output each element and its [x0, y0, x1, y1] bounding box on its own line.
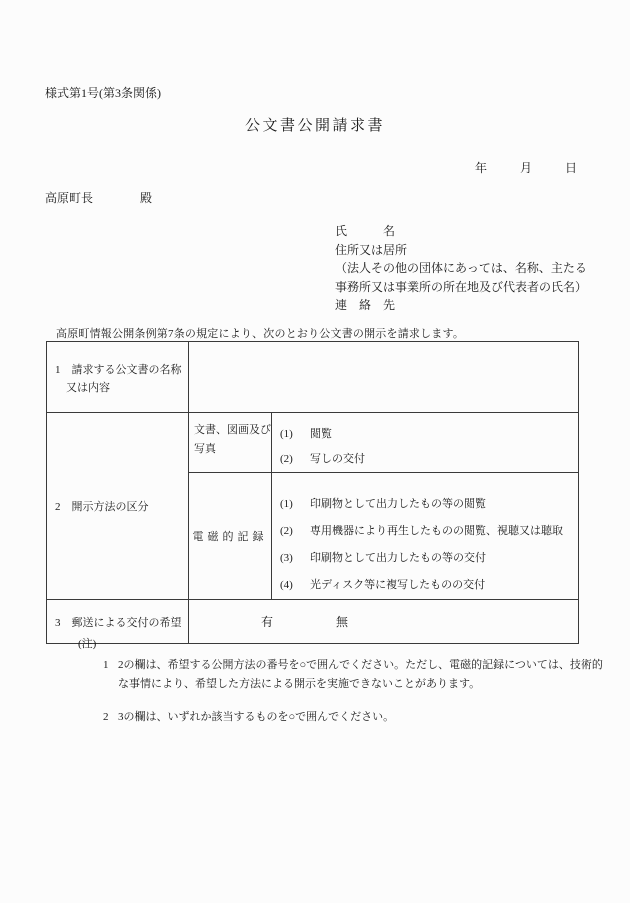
option-elec-2[interactable]: (2) 専用機器により再生したものの閲覧、視聴又は聴取	[280, 518, 578, 545]
option-docs-2[interactable]: (2) 写しの交付	[280, 447, 578, 472]
note-number: 1	[103, 656, 118, 694]
option-label: 閲覧	[310, 422, 332, 447]
note-item-2: 2 3の欄は、いずれか該当するものを○で囲んでください。	[103, 708, 618, 727]
applicant-block: 氏 名 住所又は居所 （法人その他の団体にあっては、名称、主たる 事務所又は事業…	[335, 222, 587, 315]
option-elec-4[interactable]: (4) 光ディスク等に複写したものの交付	[280, 572, 578, 599]
electronic-options-cell: (1) 印刷物として出力したもの等の閲覧 (2) 専用機器により再生したものの閲…	[272, 473, 579, 600]
row2-label: 2 開示方法の区分	[47, 413, 189, 600]
document-page: 様式第1号(第3条関係) 公文書公開請求書 年 月 日 高原町長 殿 氏 名 住…	[0, 0, 630, 903]
option-number: (4)	[280, 572, 310, 599]
row1-label: 1 請求する公文書の名称 又は内容	[47, 342, 189, 413]
table-row: 1 請求する公文書の名称 又は内容	[47, 342, 579, 413]
option-label: 写しの交付	[310, 447, 365, 472]
option-label: 専用機器により再生したものの閲覧、視聴又は聴取	[310, 518, 563, 545]
note-text: 2の欄は、希望する公開方法の番号を○で囲んでください。ただし、電磁的記録について…	[118, 656, 604, 694]
option-elec-3[interactable]: (3) 印刷物として出力したもの等の交付	[280, 545, 578, 572]
date-month-label[interactable]: 月	[520, 159, 532, 176]
option-elec-1[interactable]: (1) 印刷物として出力したもの等の閲覧	[280, 491, 578, 518]
applicant-address-label[interactable]: 住所又は居所	[335, 241, 587, 260]
date-line: 年 月 日	[475, 159, 577, 176]
notes-heading: (注)	[78, 635, 618, 651]
intro-sentence: 高原町情報公開条例第7条の規定により、次のとおり公文書の開示を請求します。	[56, 325, 464, 341]
applicant-corporate-note-line2: 事務所又は事業所の所在地及び代表者の氏名）	[335, 278, 587, 297]
note-text: 3の欄は、いずれか該当するものを○で囲んでください。	[118, 708, 604, 727]
option-label: 光ディスク等に複写したものの交付	[310, 572, 485, 599]
yes-no-options: 有 無	[189, 613, 578, 630]
option-label: 印刷物として出力したもの等の交付	[310, 545, 486, 572]
media-electronic-label: 電磁的記録	[189, 473, 272, 600]
applicant-corporate-note-line1: （法人その他の団体にあっては、名称、主たる	[335, 259, 587, 278]
date-day-label[interactable]: 日	[565, 159, 577, 176]
documents-options-cell: (1) 閲覧 (2) 写しの交付	[272, 413, 579, 473]
option-number: (3)	[280, 545, 310, 572]
option-number: (1)	[280, 491, 310, 518]
notes-section: (注) 1 2の欄は、希望する公開方法の番号を○で囲んでください。ただし、電磁的…	[78, 635, 618, 727]
page-title: 公文書公開請求書	[0, 114, 630, 135]
note-number: 2	[103, 708, 118, 727]
option-docs-1[interactable]: (1) 閲覧	[280, 422, 578, 447]
option-number: (2)	[280, 447, 310, 472]
note-item-1: 1 2の欄は、希望する公開方法の番号を○で囲んでください。ただし、電磁的記録につ…	[103, 656, 618, 694]
row1-document-name-input-area[interactable]	[189, 342, 579, 413]
option-number: (1)	[280, 422, 310, 447]
option-yes[interactable]: 有	[261, 613, 273, 630]
option-number: (2)	[280, 518, 310, 545]
table-row: 2 開示方法の区分 文書、図画及び 写真 (1) 閲覧 (2) 写しの交付	[47, 413, 579, 473]
addressee-name: 高原町長	[45, 189, 93, 206]
addressee-honorific: 殿	[140, 189, 152, 206]
date-year-label[interactable]: 年	[475, 159, 487, 176]
applicant-contact-label[interactable]: 連 絡 先	[335, 296, 587, 315]
addressee-line: 高原町長 殿	[45, 189, 152, 206]
form-number: 様式第1号(第3条関係)	[45, 84, 161, 101]
option-label: 印刷物として出力したもの等の閲覧	[310, 491, 486, 518]
media-documents-label: 文書、図画及び 写真	[189, 413, 272, 473]
option-no[interactable]: 無	[336, 613, 348, 630]
request-table: 1 請求する公文書の名称 又は内容 2 開示方法の区分 文書、図画及び 写真 (…	[46, 341, 579, 644]
applicant-name-label[interactable]: 氏 名	[335, 222, 587, 241]
